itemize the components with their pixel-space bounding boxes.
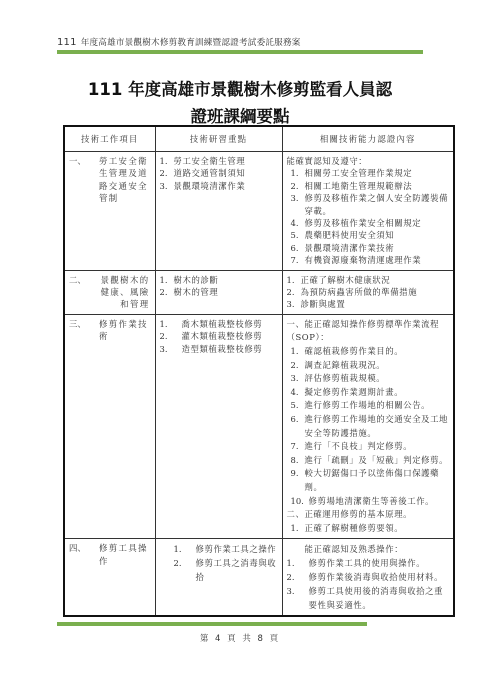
header-divider	[57, 50, 423, 54]
content-item: 6.進行修剪工作場地的交通安全及工地安全等防護措施。	[291, 413, 451, 440]
item-index: 一、	[69, 155, 99, 205]
content-item: 5.農藥肥料使用安全須知	[291, 229, 451, 241]
focus-item: 2.道路交通管制須知	[160, 167, 279, 179]
focus-item: 1.喬木類植栽整枝修剪	[160, 318, 279, 330]
item-index: 三、	[69, 318, 99, 343]
header-text: 年度高雄市景觀樹木修剪教育訓練暨認證考試委託服務案	[81, 38, 301, 48]
content-item: 10.修剪場地清潔衛生等善後工作。	[291, 495, 451, 509]
content-item: 4.擬定修剪作業週期計畫。	[291, 386, 451, 400]
content-item: 2.相關工地衛生管理規範辦法	[291, 180, 451, 192]
content-item: 8.進行「疏刪」及「短截」判定修剪。	[291, 454, 451, 468]
content-item: 1.正確了解樹木健康狀況	[287, 274, 451, 286]
content-item: 3.診斷與處置	[287, 298, 451, 310]
content-item: 1.修剪作業工具的使用與操作。	[287, 556, 451, 570]
document-title-line-1: 111 年度高雄市景觀樹木修剪監看人員認	[0, 76, 480, 100]
focus-item: 2.樹木的管理	[160, 286, 279, 298]
content-intro: 能確實認知及遵守：	[287, 155, 451, 167]
item-text: 修剪工具操作	[99, 542, 152, 567]
focus-item: 1.修剪作業工具之操作	[174, 542, 279, 556]
focus-cell: 1.勞工安全衛生管理 2.道路交通管制須知 3.景觀環境清潔作業	[155, 152, 282, 271]
focus-item: 2.灌木類植栽整枝修剪	[160, 330, 279, 342]
column-header-work-item: 技術工作項目	[64, 126, 155, 152]
focus-cell: 1.樹木的診斷 2.樹木的管理	[155, 270, 282, 314]
item-text: 景觀樹木的健康、風險和管理	[99, 274, 152, 311]
focus-cell: 1.修剪作業工具之操作 2.修剪工具之消毒與收拾	[155, 539, 282, 617]
column-header-certification-content: 相關技術能力認證內容	[282, 126, 454, 152]
content-section-heading: 一、能正確認知操作修剪標準作業流程（SOP）：	[287, 318, 451, 345]
content-item: 2.調查記錄植栽現況。	[291, 359, 451, 373]
document-title-line-2: 證班課綱要點	[0, 103, 480, 127]
item-index: 四、	[69, 542, 99, 567]
content-item: 4.修剪及移植作業安全相關規定	[291, 217, 451, 229]
running-header: 111年度高雄市景觀樹木修剪教育訓練暨認證考試委託服務案	[57, 36, 423, 48]
focus-item: 1.勞工安全衛生管理	[160, 155, 279, 167]
header-year: 111	[57, 37, 77, 48]
content-item: 2.為預防病蟲害所做的準備措施	[287, 286, 451, 298]
work-item-cell: 三、 修剪作業技術	[64, 314, 155, 539]
item-text: 修剪作業技術	[99, 318, 152, 343]
work-item-cell: 二、 景觀樹木的健康、風險和管理	[64, 270, 155, 314]
footer-divider	[57, 622, 367, 626]
focus-item: 3.造型類植栽整枝修剪	[160, 343, 279, 355]
content-item: 7.進行「不良枝」判定修剪。	[291, 440, 451, 454]
table-row: 一、 勞工安全衛生管理及道路交通安全管制 1.勞工安全衛生管理 2.道路交通管制…	[64, 152, 454, 271]
content-item: 7.有機資源廢棄物清運處理作業	[291, 254, 451, 266]
content-item: 6.景觀環境清潔作業技術	[291, 242, 451, 254]
focus-cell: 1.喬木類植栽整枝修剪 2.灌木類植栽整枝修剪 3.造型類植栽整枝修剪	[155, 314, 282, 539]
focus-item: 1.樹木的診斷	[160, 274, 279, 286]
content-cell: 1.正確了解樹木健康狀況 2.為預防病蟲害所做的準備措施 3.診斷與處置	[282, 270, 454, 314]
content-item: 1.相關勞工安全管理作業規定	[291, 167, 451, 179]
work-item-cell: 四、 修剪工具操作	[64, 539, 155, 617]
page-number: 第 4 頁 共 8 頁	[0, 632, 480, 644]
content-item: 1.確認植栽修剪作業目的。	[291, 345, 451, 359]
focus-item: 2.修剪工具之消毒與收拾	[174, 556, 279, 584]
syllabus-table: 技術工作項目 技術研習重點 相關技術能力認證內容 一、 勞工安全衛生管理及道路交…	[63, 125, 455, 617]
item-index: 二、	[69, 274, 99, 311]
content-cell: 一、能正確認知操作修剪標準作業流程（SOP）： 1.確認植栽修剪作業目的。 2.…	[282, 314, 454, 539]
content-item: 2.修剪作業後消毒與收拾使用材料。	[287, 570, 451, 584]
content-item: 3.評估修剪植栽規模。	[291, 372, 451, 386]
table-row: 三、 修剪作業技術 1.喬木類植栽整枝修剪 2.灌木類植栽整枝修剪 3.造型類植…	[64, 314, 454, 539]
content-item: 9.較大切鋸傷口予以塗佈傷口保護藥劑。	[291, 467, 451, 494]
content-cell: 能正確認知及熟悉操作： 1.修剪作業工具的使用與操作。 2.修剪作業後消毒與收拾…	[282, 539, 454, 617]
content-cell: 能確實認知及遵守： 1.相關勞工安全管理作業規定 2.相關工地衛生管理規範辦法 …	[282, 152, 454, 271]
focus-item: 3.景觀環境清潔作業	[160, 180, 279, 192]
item-text: 勞工安全衛生管理及道路交通安全管制	[99, 155, 152, 205]
content-item: 3.修剪及移植作業之個人安全防護裝備穿載。	[291, 192, 451, 217]
table-row: 四、 修剪工具操作 1.修剪作業工具之操作 2.修剪工具之消毒與收拾 能正確認知…	[64, 539, 454, 617]
work-item-cell: 一、 勞工安全衛生管理及道路交通安全管制	[64, 152, 155, 271]
column-header-training-focus: 技術研習重點	[155, 126, 282, 152]
table-row: 二、 景觀樹木的健康、風險和管理 1.樹木的診斷 2.樹木的管理 1.正確了解樹…	[64, 270, 454, 314]
content-section-heading: 二、正確運用修剪的基本原理。	[287, 508, 451, 522]
content-intro: 能正確認知及熟悉操作：	[287, 542, 451, 556]
content-item: 1.正確了解樹種修剪要領。	[291, 522, 451, 536]
content-item: 3.修剪工具使用後的消毒與收拾之重要性與妥適性。	[287, 584, 451, 612]
table-header-row: 技術工作項目 技術研習重點 相關技術能力認證內容	[64, 126, 454, 152]
content-item: 5.進行修剪工作場地的相關公告。	[291, 399, 451, 413]
